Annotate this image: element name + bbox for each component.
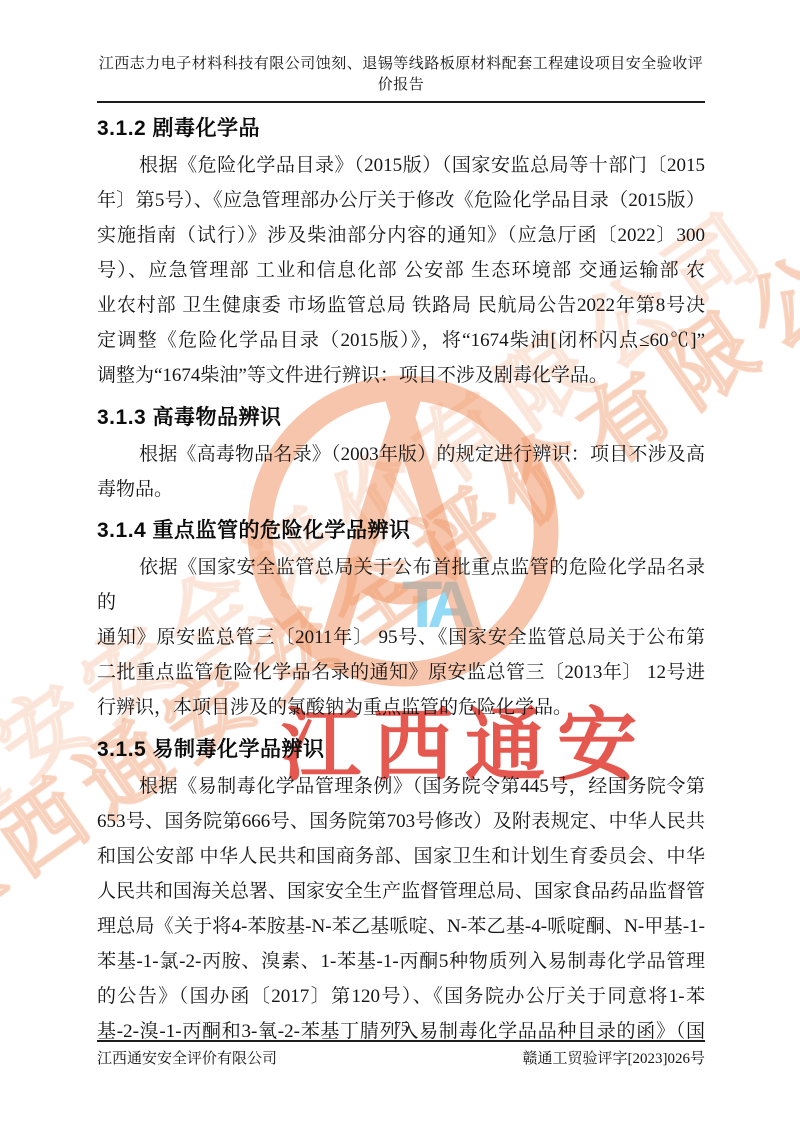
- body-line: 定调整《危险化学品目录（2015版）》，将“1674柴油[闭杯闪点≤60℃]”: [97, 323, 705, 358]
- body-line: 业农村部 卫生健康委 市场监管总局 铁路局 民航局公告2022年第8号决: [97, 288, 705, 323]
- body-line: 653号、国务院第666号、国务院第703号修改）及附表规定、中华人民共: [97, 804, 705, 839]
- body-line: 二批重点监管危险化学品名录的通知》原安监总管三〔2013年〕 12号进: [97, 655, 705, 690]
- body-line: 根据《易制毒化学品管理条例》（国务院令第445号，经国务院令第: [97, 769, 705, 804]
- body-line: 人民共和国海关总署、国家安全生产监督管理总局、国家食品药品监督管: [97, 874, 705, 909]
- document-footer: 75 江西通安安全评价有限公司 赣通工贸验评字[2023]026号: [97, 1020, 705, 1068]
- section-heading-3-1-4: 3.1.4 重点监管的危险化学品辨识: [97, 518, 705, 544]
- paragraph-3-1-2: 根据《危险化学品目录》（2015版）（国家安监总局等十部门〔2015 年〕第5号…: [97, 148, 705, 393]
- paragraph-3-1-5: 根据《易制毒化学品管理条例》（国务院令第445号，经国务院令第 653号、国务院…: [97, 769, 705, 1049]
- body-line: 通知》原安监总管三〔2011年〕 95号、《国家安全监管总局关于公布第: [97, 620, 705, 655]
- section-heading-3-1-2: 3.1.2 剧毒化学品: [97, 116, 705, 142]
- body-line: 调整为“1674柴油”等文件进行辨识：项目不涉及剧毒化学品。: [97, 358, 705, 393]
- section-heading-3-1-3: 3.1.3 高毒物品辨识: [97, 405, 705, 431]
- body-line: 实施指南（试行）》涉及柴油部分内容的通知》（应急厅函〔2022〕300: [97, 218, 705, 253]
- body-line: 根据《高毒物品名录》（2003年版）的规定进行辨识：项目不涉及高: [97, 437, 705, 472]
- body-line: 依据《国家安全监管总局关于公布首批重点监管的危险化学品名录的: [97, 550, 705, 620]
- document-content: 江西志力电子材料科技有限公司蚀刻、退锡等线路板原材料配套工程建设项目安全验收评价…: [97, 0, 705, 1049]
- body-line: 年〕第5号）、《应急管理部办公厅关于修改《危险化学品目录（2015版）: [97, 183, 705, 218]
- paragraph-3-1-4: 依据《国家安全监管总局关于公布首批重点监管的危险化学品名录的 通知》原安监总管三…: [97, 550, 705, 725]
- body-line: 的公告》（国办函〔2017〕第120号）、《国务院办公厅关于同意将1-苯: [97, 979, 705, 1014]
- document-header-title: 江西志力电子材料科技有限公司蚀刻、退锡等线路板原材料配套工程建设项目安全验收评价…: [97, 0, 705, 94]
- body-line: 毒物品。: [97, 472, 705, 507]
- document-page: 江西通安安全评价有限公司 江西通安安全评价有限公司 TA 江西通安 江西志力电子…: [0, 0, 800, 1131]
- body-line: 号）、应急管理部 工业和信息化部 公安部 生态环境部 交通运输部 农: [97, 253, 705, 288]
- body-line: 和国公安部 中华人民共和国商务部、国家卫生和计划生育委员会、中华: [97, 839, 705, 874]
- footer-company-name: 江西通安安全评价有限公司: [97, 1047, 277, 1068]
- body-line: 理总局《关于将4-苯胺基-N-苯乙基哌啶、N-苯乙基-4-哌啶酮、N-甲基-1-: [97, 909, 705, 944]
- body-line: 行辨识，本项目涉及的氯酸钠为重点监管的危险化学品。: [97, 690, 705, 725]
- footer-document-number: 赣通工贸验评字[2023]026号: [523, 1047, 706, 1068]
- paragraph-3-1-3: 根据《高毒物品名录》（2003年版）的规定进行辨识：项目不涉及高 毒物品。: [97, 437, 705, 507]
- header-rule: [97, 101, 705, 103]
- body-line: 苯基-1-氯-2-丙胺、溴素、1-苯基-1-丙酮5种物质列入易制毒化学品管理: [97, 944, 705, 979]
- footer-rule: [97, 1040, 705, 1042]
- body-line: 根据《危险化学品目录》（2015版）（国家安监总局等十部门〔2015: [97, 148, 705, 183]
- page-number: 75: [97, 1020, 705, 1036]
- section-heading-3-1-5: 3.1.5 易制毒化学品辨识: [97, 737, 705, 763]
